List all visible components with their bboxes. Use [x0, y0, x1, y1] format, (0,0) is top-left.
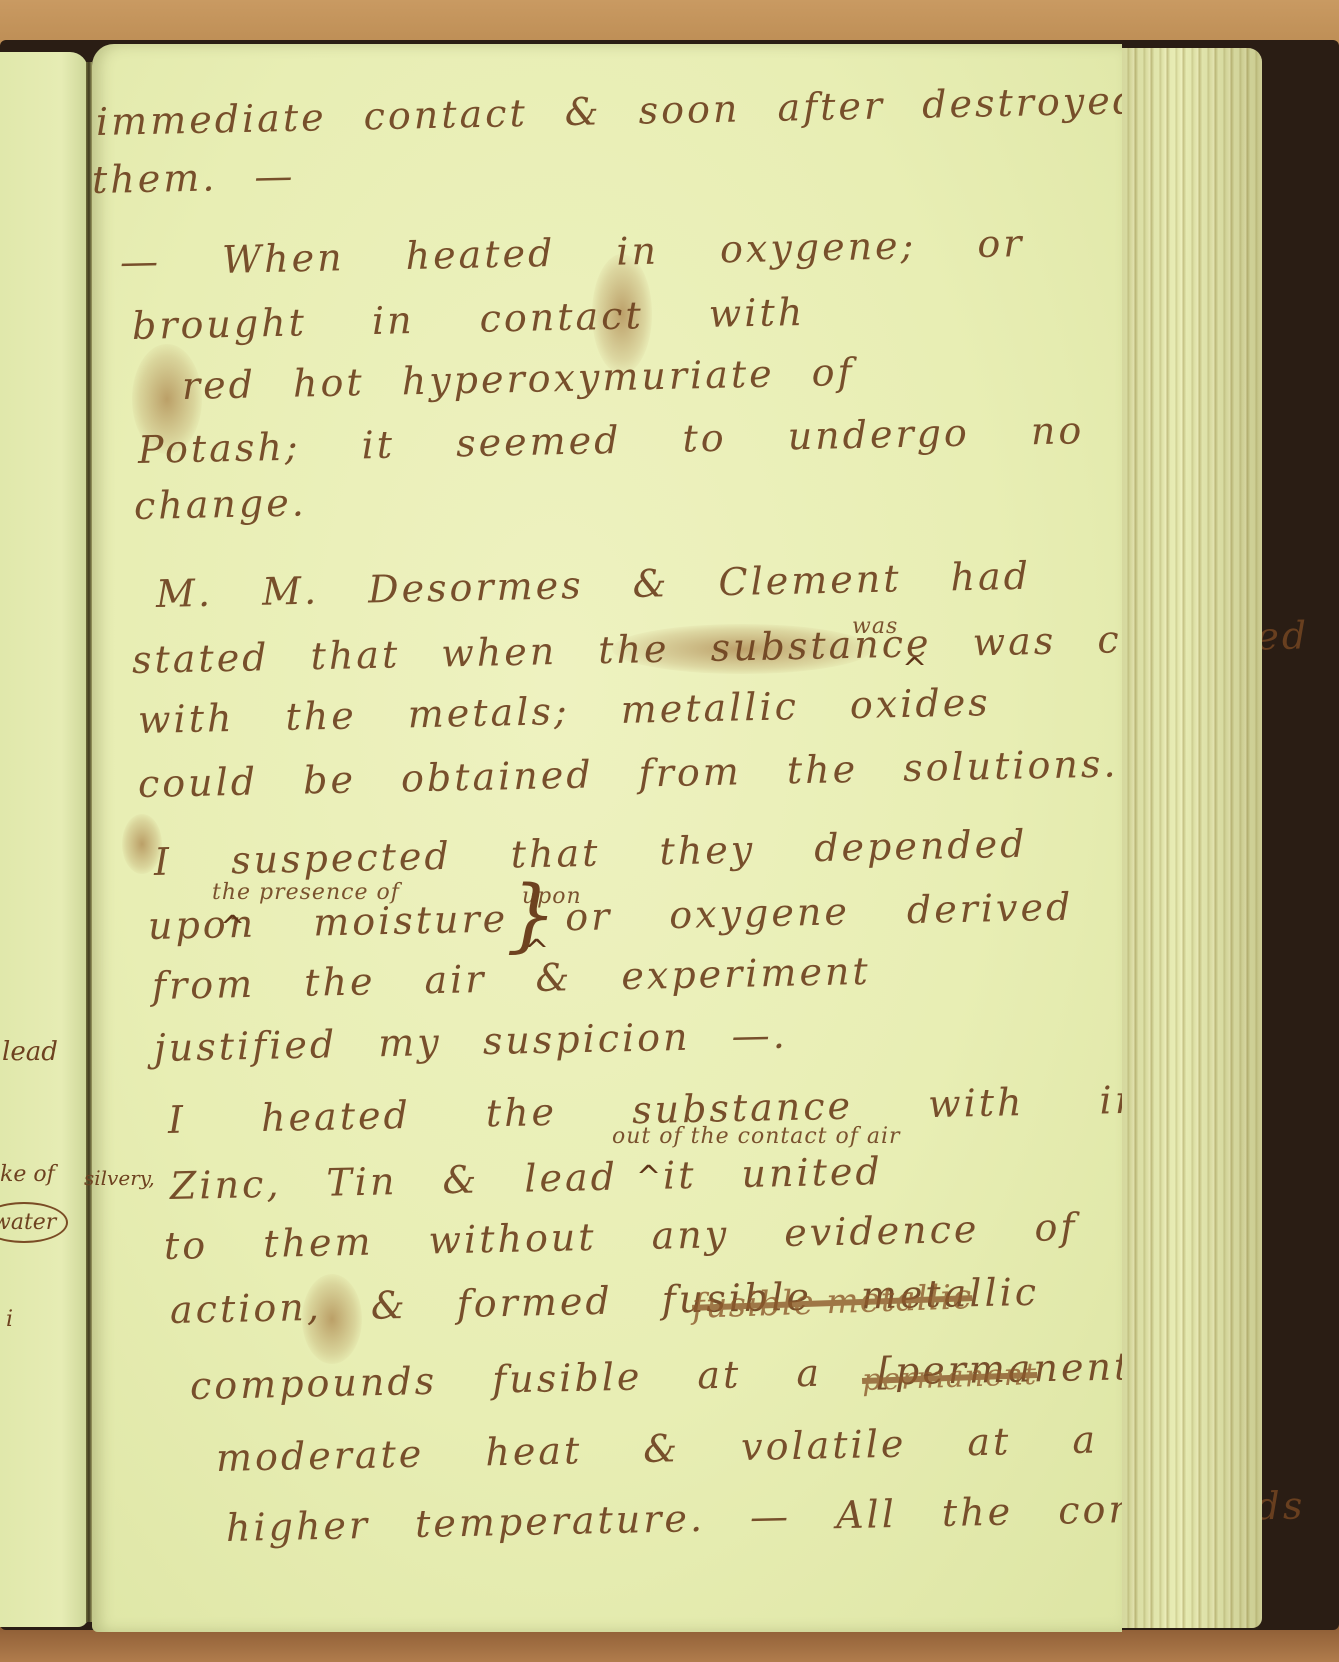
insertion-caret-icon: ^: [220, 910, 245, 945]
manuscript-line: justified my suspicion —.: [154, 1013, 789, 1070]
manuscript-line: immediate contact & soon after destroyed: [96, 78, 1141, 144]
struck-out-text: permanent: [861, 1357, 1037, 1398]
manuscript-line: moderate heat & volatile at a: [216, 1418, 1099, 1480]
struck-out-text: fusible metallic: [691, 1277, 973, 1327]
interlinear-insertion: the presence of: [212, 880, 400, 905]
manuscript-line: could be obtained from the solutions. —: [138, 740, 1205, 806]
manuscript-line: brought in contact with: [132, 290, 806, 348]
insertion-caret-icon: ^: [902, 652, 927, 687]
stacked-page-edges: [1122, 48, 1262, 1628]
left-margin-fragment: i: [6, 1307, 13, 1332]
manuscript-line: Potash; it seemed to undergo no: [138, 408, 1085, 472]
manuscript-line: I suspected that they depended: [154, 822, 1028, 884]
margin-note: silvery,: [84, 1166, 155, 1190]
left-margin-fragment: lead: [2, 1037, 58, 1067]
left-margin-circled-note: water: [0, 1202, 68, 1243]
manuscript-line: — When heated in oxygene; or: [120, 221, 1025, 284]
manuscript-line: them. —: [92, 154, 296, 202]
manuscript-line: red hot hyperoxymuriate of: [182, 350, 855, 408]
manuscript-line: with the metals; metallic oxides: [138, 680, 992, 742]
left-page: lead ke of water i: [0, 52, 88, 1627]
insertion-caret-icon: ^: [636, 1160, 661, 1195]
manuscript-line: M. M. Desormes & Clement had: [156, 554, 1032, 616]
manuscript-line: to them without any evidence of: [164, 1205, 1078, 1268]
manuscript-page: silvery, immediate contact & soon after …: [92, 44, 1122, 1632]
brace-mark-icon: }: [506, 868, 557, 961]
left-margin-fragment: ke of: [0, 1162, 55, 1187]
manuscript-line: change.: [134, 480, 308, 528]
manuscript-line: Zinc, Tin & lead it united: [170, 1149, 884, 1208]
interlinear-insertion: was: [852, 614, 898, 639]
interlinear-insertion: out of the contact of air: [612, 1124, 901, 1149]
